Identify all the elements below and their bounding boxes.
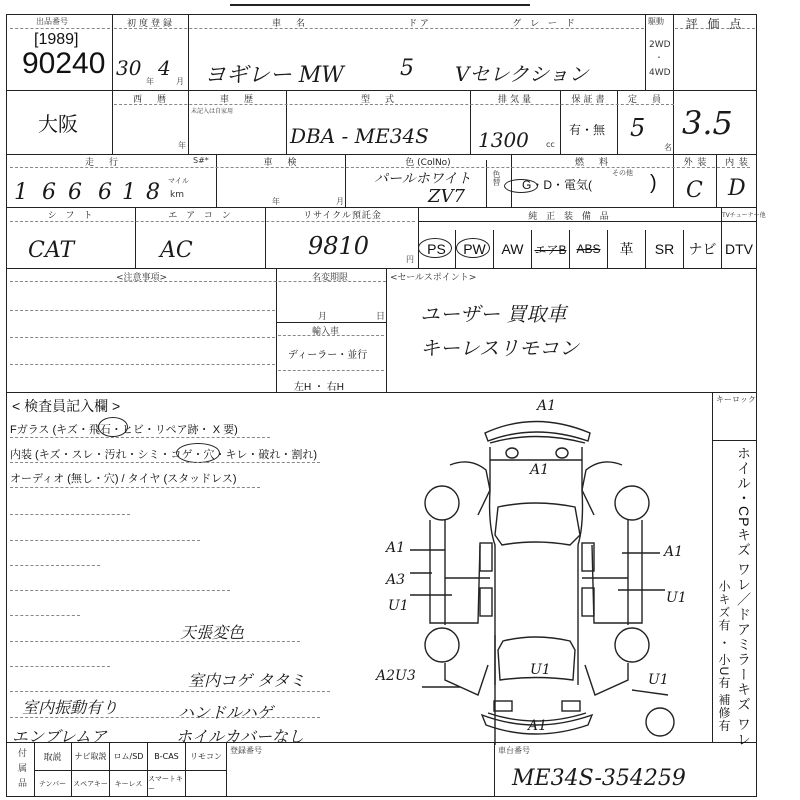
sales-point: キーレスリモコン — [420, 332, 579, 361]
mileage-digit: 6 — [98, 180, 112, 205]
divider — [10, 641, 300, 642]
recycle-label: リサイクル預託金 — [267, 208, 418, 221]
divider — [712, 392, 713, 742]
equipment-sr: SR — [646, 230, 684, 268]
import-label: 輸入車 — [312, 324, 339, 337]
divider — [10, 590, 230, 591]
accessory-label: リモコン — [190, 751, 222, 762]
divider — [10, 691, 330, 692]
month-unit: 月 — [176, 76, 184, 87]
ac-label: エ ア コ ン — [137, 208, 265, 221]
divider — [10, 540, 200, 541]
region-label: 出品番号 — [36, 16, 68, 27]
mileage-label: 走 行 — [8, 155, 198, 168]
import-dealer: ディーラー・並行 — [288, 346, 367, 361]
accessory-spare-key: スペアキー — [72, 771, 110, 797]
divider — [135, 207, 136, 268]
tuner-dtv-label: DTV — [725, 241, 753, 257]
drive-2wd: 2WD — [649, 40, 671, 50]
divider — [716, 154, 717, 207]
mileage-unit-km: km — [170, 190, 184, 200]
displacement-label: 排気量 — [472, 92, 560, 105]
mark-left-front-door: A3 — [386, 572, 405, 588]
divider — [470, 90, 471, 154]
recycle-unit: 円 — [406, 254, 414, 265]
interior-value: D — [728, 176, 746, 201]
mark-left-front-fender: A1 — [386, 540, 405, 556]
car-diagram — [370, 395, 700, 745]
equipment-leather: 革 — [608, 230, 646, 268]
equipment-leather-label: 革 — [620, 239, 634, 259]
warranty-value: 有・無 — [569, 121, 605, 138]
western-year-label: 西 暦 — [114, 92, 188, 105]
accessory-manual: 取説 — [34, 743, 72, 770]
displacement-unit: cc — [546, 140, 555, 149]
divider — [286, 90, 287, 154]
divider — [10, 565, 100, 566]
grade-label: グ レ ー ド — [470, 16, 620, 29]
equipment-navi-label: ナビ — [689, 239, 717, 259]
accessory-label: スペアキー — [73, 779, 108, 789]
mark-left-quarter: A2U3 — [376, 668, 416, 684]
fuel-g-circle — [504, 179, 538, 193]
ac-value: AC — [160, 238, 193, 263]
rename-month: 月 — [318, 309, 327, 322]
divider — [226, 742, 227, 797]
equipment-pw-circle — [456, 238, 490, 258]
equipment-navi: ナビ — [684, 230, 721, 268]
sales-point: ユーザー 買取車 — [420, 298, 566, 327]
location: 大阪 — [38, 108, 78, 137]
equipment-label: 純 正 装 備 品 — [420, 209, 720, 222]
accessory-label: テンパー — [39, 779, 66, 789]
equipment-airbag-label: エアB — [534, 241, 566, 258]
koge-circle — [176, 443, 220, 463]
fuel-close: ) — [650, 172, 657, 195]
inspector-note: 天張変色 — [180, 620, 244, 643]
car-name-label: 車 名 — [190, 16, 390, 29]
score-label: 評 価 点 — [675, 15, 755, 32]
equipment-abs: ABS — [570, 230, 608, 268]
divider — [10, 437, 270, 438]
divider — [10, 615, 80, 616]
divider — [276, 322, 386, 323]
shift-label: シ フ ト — [8, 208, 135, 221]
sales-points-label: <セールスポイント> — [390, 270, 476, 283]
rename-day: 日 — [376, 309, 385, 322]
divider — [10, 462, 320, 463]
accessory-label: キーレス — [115, 779, 143, 789]
row4-bottom-line — [6, 268, 757, 269]
inspector-note: 室内振動有り — [22, 695, 118, 718]
warranty-label: 保証書 — [562, 92, 617, 105]
equipment-aw: AW — [494, 230, 532, 268]
accessory-label: スマートキー — [148, 774, 185, 794]
inspection-year: 年 — [272, 196, 280, 207]
displacement-value: 1300 — [478, 128, 529, 152]
accessory-label: ナビ取説 — [75, 751, 107, 762]
accessory-label: B-CAS — [154, 752, 179, 761]
mileage-digit: 1 — [122, 180, 136, 205]
door-value: 5 — [400, 56, 414, 81]
wheel-note-main: ホイル・CPキズ ワレ／ドアミラーキズ ワレ — [734, 446, 754, 747]
sheet-title-fragment — [230, 0, 530, 6]
divider — [494, 742, 495, 797]
divider — [188, 90, 189, 154]
door-label: ドア — [380, 16, 460, 29]
equipment-abs-label: ABS — [576, 242, 600, 256]
inspection-label: 車 検 — [218, 155, 345, 168]
color-label: 色 (ColNo) — [348, 155, 508, 168]
mileage-digit: 6 — [42, 180, 56, 205]
equipment-aw-label: AW — [501, 241, 523, 257]
accessory-remote: リモコン — [186, 743, 226, 770]
score-value: 3.5 — [682, 104, 733, 142]
chassis-value: ME34S-354259 — [512, 766, 686, 791]
divider — [276, 268, 277, 392]
divider — [10, 28, 110, 29]
inspector-note: 室内コゲ タタミ — [188, 668, 305, 691]
equipment-sr-label: SR — [655, 241, 674, 257]
fuel-other-label: その他 — [612, 168, 633, 178]
fuel-label: 燃 料 — [513, 155, 673, 168]
capacity-unit: 名 — [664, 142, 672, 153]
mileage-flag-label: S#* — [193, 156, 209, 165]
divider — [560, 90, 561, 154]
divider — [216, 154, 217, 207]
wheel-note-sub: 小キズ有 ・ 小U有 補修有 — [716, 580, 733, 733]
history-label: 車 歴 — [190, 92, 286, 105]
inspector-note: ハンドルハゲ — [178, 700, 273, 723]
accessory-keyless: キーレス — [110, 771, 148, 797]
reg-number-label: 登録番号 — [230, 745, 262, 756]
inspector-line: オーディオ (無し・穴) / タイヤ (スタッドレス) — [10, 470, 237, 486]
accessory-label: 取説 — [43, 750, 61, 763]
hishi-circle — [98, 417, 128, 437]
tuner-dtv: DTV — [721, 230, 757, 268]
divider — [645, 14, 646, 90]
chassis-label: 車台番号 — [498, 745, 530, 756]
accessory-rom-sd: ロム/SD — [110, 743, 148, 770]
mark-right-quarter: U1 — [648, 672, 669, 688]
drive-dot: ・ — [655, 52, 663, 63]
mark-right-rear-door: U1 — [666, 590, 687, 606]
first-registration-label: 初度登録 — [114, 16, 188, 29]
color-code: ZV7 — [428, 186, 465, 207]
mileage-digit: 8 — [146, 180, 160, 205]
divider — [617, 90, 618, 154]
interior-label: 内 装 — [718, 155, 756, 168]
model-label: 型 式 — [288, 92, 470, 105]
accessory-label: ロム/SD — [114, 751, 144, 762]
first-registration-month: 4 — [158, 56, 171, 80]
accessory-navi-manual: ナビ取説 — [72, 743, 110, 770]
notes-bottom-line — [6, 392, 757, 393]
divider — [265, 207, 266, 268]
divider — [345, 154, 346, 207]
mark-left-rear-door: U1 — [388, 598, 409, 614]
equipment-airbag: エアB — [532, 230, 570, 268]
capacity-label: 定 員 — [619, 92, 673, 105]
divider — [10, 514, 130, 515]
recycle-value: 9810 — [308, 232, 369, 260]
car-name-value: ヨギレー MW — [204, 58, 344, 89]
western-year-unit: 年 — [178, 140, 186, 151]
lot-number: 90240 — [22, 47, 105, 81]
model-value: DBA - ME34S — [290, 124, 429, 148]
drive-label: 駆動 — [648, 16, 664, 27]
first-registration-year: 30 — [116, 56, 141, 80]
keylock-label: キーロック — [716, 394, 756, 405]
inspector-title: < 検査員記入欄 > — [12, 396, 120, 416]
divider — [278, 370, 384, 371]
mark-hood: A1 — [530, 462, 549, 478]
mileage-digit: 6 — [68, 180, 82, 205]
divider — [10, 666, 110, 667]
accessory-temper: テンパー — [34, 771, 72, 797]
mileage-digit: 1 — [14, 180, 28, 205]
divider — [10, 337, 275, 338]
import-handle: 左H ・ 右H — [294, 378, 344, 393]
grade-value: Vセレクション — [455, 58, 589, 87]
year-unit: 年 — [146, 76, 154, 87]
divider — [112, 14, 113, 154]
divider — [386, 268, 387, 392]
divider — [10, 221, 415, 222]
mark-right-front-fender: A1 — [664, 544, 683, 560]
caution-label: <注意事項> — [116, 270, 167, 283]
equipment-ps-circle — [418, 238, 452, 258]
color-value: パールホワイト — [374, 168, 471, 188]
divider — [673, 14, 674, 154]
drive-4wd: 4WD — [649, 68, 671, 78]
history-note: 未記入は自家用 — [191, 106, 233, 115]
accessories-label: 付属品 — [15, 748, 28, 793]
mark-front-top: A1 — [537, 398, 556, 414]
divider — [10, 310, 275, 311]
accessory-bcas: B-CAS — [148, 743, 186, 770]
exterior-value: C — [686, 178, 703, 203]
divider — [188, 14, 189, 90]
accessory-smart-key: スマートキー — [148, 771, 186, 797]
mark-rear-bumper: A1 — [528, 718, 547, 734]
tuner-label: TVチューナー他 — [722, 210, 766, 219]
rename-deadline-label: 名変期限 — [312, 270, 348, 283]
row1-bottom-line — [6, 90, 757, 91]
inspector-line: 内装 (キズ・スレ・汚れ・シミ・コゲ・穴・キレ・破れ・割れ) — [10, 446, 317, 462]
shift-value: CAT — [28, 238, 74, 263]
divider — [10, 487, 260, 488]
color-change-label: 色替 — [491, 170, 502, 186]
divider — [712, 440, 757, 441]
exterior-label: 外 装 — [675, 155, 716, 168]
divider — [10, 364, 275, 365]
capacity-value: 5 — [630, 114, 645, 142]
mileage-unit-mile: マイル — [168, 176, 189, 186]
mark-trunk: U1 — [530, 662, 551, 678]
inspection-month: 月 — [336, 196, 344, 207]
divider — [673, 154, 674, 207]
